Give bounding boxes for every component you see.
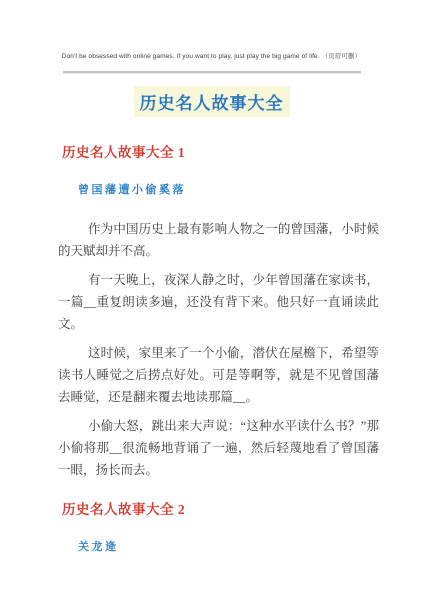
page-header-note: Don't be obsessed with online games. If … bbox=[0, 51, 423, 60]
paragraph: 有一天晚上，夜深人静之时，少年曾国藩在家读书，一篇__重复朗读多遍，还没有背下来… bbox=[58, 269, 379, 335]
section-2-heading: 历史名人故事大全 2 bbox=[62, 498, 379, 518]
section-1-heading: 历史名人故事大全 1 bbox=[62, 141, 379, 161]
title-container: 历史名人故事大全 bbox=[0, 86, 423, 117]
section-2-subheading: 关龙逄 bbox=[78, 538, 379, 554]
section-1-paragraphs: 作为中国历史上最有影响人物之一的曾国藩，小时候的天赋却并不高。 有一天晚上，夜深… bbox=[58, 218, 379, 481]
document-title: 历史名人故事大全 bbox=[134, 86, 290, 117]
section-1-subheading: 曾国藩遭小偷奚落 bbox=[78, 181, 379, 197]
header-divider bbox=[63, 71, 361, 74]
paragraph: 作为中国历史上最有影响人物之一的曾国藩，小时候的天赋却并不高。 bbox=[58, 218, 379, 262]
document-page: Don't be obsessed with online games. If … bbox=[0, 0, 423, 600]
paragraph: 小偷大怒，跳出来大声说：“这种水平读什么书？”那小偷将那__很流畅地背诵了一遍，… bbox=[58, 415, 379, 481]
document-body: 历史名人故事大全 1 曾国藩遭小偷奚落 作为中国历史上最有影响人物之一的曾国藩，… bbox=[58, 141, 379, 554]
paragraph: 这时候，家里来了一个小偷，潜伏在屋檐下，希望等读书人睡觉之后捞点好处。可是等啊等… bbox=[58, 342, 379, 408]
